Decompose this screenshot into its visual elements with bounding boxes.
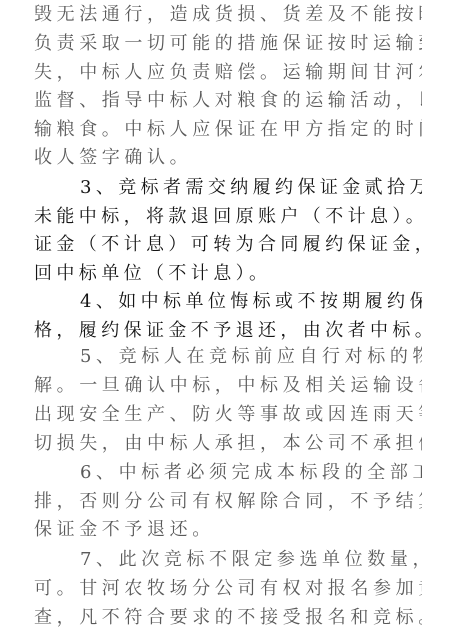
text-line: 输粮食。中标人应保证在甲方指定的时间、地点卸货并有接 [34,119,422,141]
text-line: 解。一旦确认中标，中标及相关运输设备、人员在合同期内 [34,375,422,397]
text-line: 排，否则分公司有权解除合同，不予结算运输作业费，履约 [34,491,422,513]
text-line: 可。甘河农牧场分公司有权对报名参加竞标的人进行资格审 [34,578,422,600]
text-line: 格，履约保证金不予退还，由次者中标。 [34,320,422,342]
text-line: 查，凡不符合要求的不接受报名和竞标。 [34,607,422,629]
text-line: 毁无法通行，造成货损、货差及不能按时运输的，由中标人 [34,4,422,26]
text-line: 未能中标，将款退回原账户（不计息）。中标单位的竞价保 [34,206,422,228]
text-line: 出现安全生产、防火等事故或因连雨天等自然灾害、造成一 [34,404,422,426]
text-line: 监督、指导中标人对粮食的运输活动，以确保准确无误地运 [34,90,422,112]
text-line: 负责采取一切可能的措施保证按时运输到位。如造成货物损 [34,33,422,55]
text-line: 6、中标者必须完成本标段的全部工作量，服从分公司安 [34,462,422,484]
text-line: 4、如中标单位悔标或不按期履约保证金则取消中标资 [34,291,422,313]
text-line: 3、竞标者需交纳履约保证金贰拾万元整。竞标结束如 [34,177,422,199]
text-line: 回中标单位（不计息）。 [34,263,422,285]
text-line: 切损失，由中标人承担，本公司不承担任何损失和责任。 [34,433,422,455]
text-line: 5、竞标人在竞标前应自行对标的物运输情况进行充分了 [34,346,422,368]
text-line: 收人签字确认。 [34,147,422,169]
text-line: 证金（不计息）可转为合同履约保证金，待运输结束后，退 [34,234,422,256]
text-line: 7、此次竞标不限定参选单位数量，一个以上单位参选即 [34,549,422,571]
text-line: 失，中标人应负责赔偿。运输期间甘河农牧场公司指派专人 [34,62,422,84]
document-page: 毁无法通行，造成货损、货差及不能按时运输的，由中标人负责采取一切可能的措施保证按… [0,0,460,639]
text-line: 保证金不予退还。 [34,519,422,541]
